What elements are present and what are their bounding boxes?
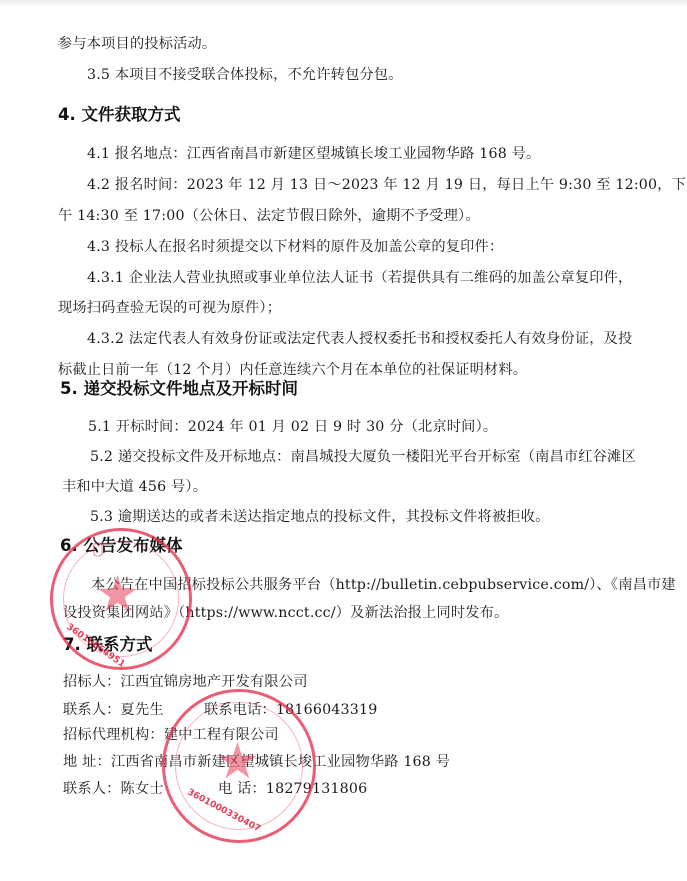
item-4-3-1-line2: 现场扫码查验无误的可视为原件）；: [58, 297, 281, 317]
section-6-paragraph-line2: 设投资集团网站》（https://www.ncct.cc/）及新法治报上同时发布…: [63, 602, 508, 622]
contact1-phone: 联系电话：18166043319: [204, 699, 377, 719]
section-6-paragraph-line1: 本公告在中国招标投标公共服务平台（http://bulletin.cebpubs…: [91, 574, 676, 594]
document-page: 参与本项目的投标活动。 3.5 本项目不接受联合体投标，不允许转包分包。 4. …: [0, 0, 687, 881]
item-5-2-line2: 丰和中大道 456 号）。: [62, 476, 207, 496]
item-5-3: 5.3 逾期送达的或者未送达指定地点的投标文件，其投标文件将被拒收。: [90, 506, 550, 526]
paragraph-3-4-continuation: 参与本项目的投标活动。: [58, 33, 216, 53]
agency-line: 招标代理机构：建中工程有限公司: [63, 724, 279, 744]
item-4-3-2-line1: 4.3.2 法定代表人有效身份证或法定代表人授权委托书和授权委托人有效身份证，及…: [87, 328, 632, 348]
item-5-1: 5.1 开标时间：2024 年 01 月 02 日 9 时 30 分（北京时间）…: [88, 416, 497, 436]
contact2-name: 联系人：陈女士: [63, 778, 164, 798]
section-6-heading: 6. 公告发布媒体: [60, 532, 183, 556]
item-5-2-line1: 5.2 递交投标文件及开标地点：南昌城投大厦负一楼阳光平台开标室（南昌市红谷滩区: [90, 446, 636, 466]
address-line: 地 址：江西省南昌市新建区望城镇长埈工业园物华路 168 号: [63, 751, 450, 771]
item-4-2-line1: 4.2 报名时间：2023 年 12 月 13 日～2023 年 12 月 19…: [87, 174, 686, 194]
tenderer-line: 招标人：江西宜锦房地产开发有限公司: [63, 671, 308, 691]
contact1-name: 联系人：夏先生: [63, 699, 164, 719]
scan-edge-shadow: [0, 0, 687, 8]
item-3-5: 3.5 本项目不接受联合体投标，不允许转包分包。: [87, 64, 403, 84]
item-4-3-1-line1: 4.3.1 企业法人营业执照或事业单位法人证书（若提供具有二维码的加盖公章复印件…: [87, 267, 632, 287]
contact2-phone: 电 话：18279131806: [218, 778, 367, 798]
item-4-3: 4.3 投标人在报名时须提交以下材料的原件及加盖公章的复印件：: [87, 236, 503, 256]
item-4-2-line2: 午 14:30 至 17:00（公休日、法定节假日除外，逾期不予受理）。: [58, 205, 480, 225]
section-7-heading: 7. 联系方式: [63, 631, 153, 655]
section-5-heading: 5. 递交投标文件地点及开标时间: [60, 375, 298, 399]
section-4-heading: 4. 文件获取方式: [58, 101, 181, 125]
item-4-1: 4.1 报名地点：江西省南昌市新建区望城镇长埈工业园物华路 168 号。: [87, 143, 540, 163]
